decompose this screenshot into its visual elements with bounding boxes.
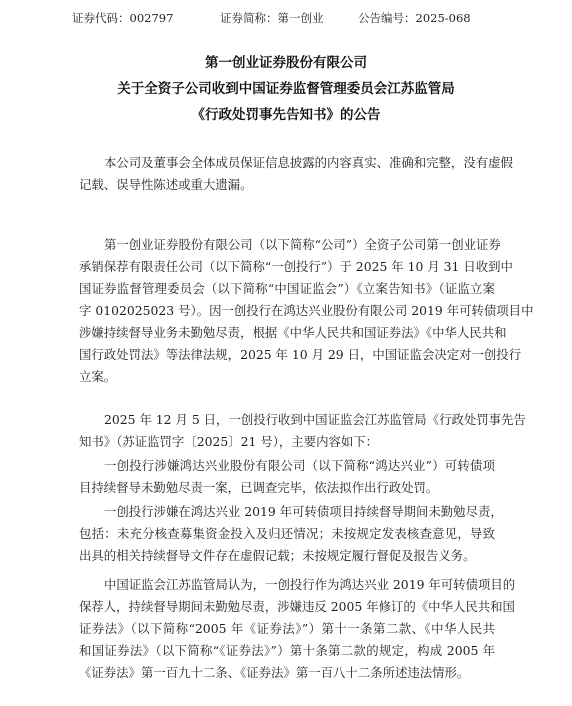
text-line: 中国证监会江苏监管局认为，一创投行作为鸿达兴业 2019 年可转债项目的 bbox=[79, 574, 495, 596]
text-line: 一创投行涉嫌鸿达兴业股份有限公司（以下简称“鸿达兴业”）可转债项 bbox=[79, 455, 495, 477]
paragraph-notice-received: 2025 年 12 月 5 日，一创投行收到中国证监会江苏监管局《行政处罚事先告… bbox=[79, 409, 495, 453]
security-abbreviation: 证券简称：第一创业 bbox=[220, 10, 324, 26]
document-title: 第一创业证券股份有限公司 关于全资子公司收到中国证券监督管理委员会江苏监管局 《… bbox=[0, 50, 572, 128]
text-line: 《证券法》第一百九十二条、《证券法》第一百八十二条所述违法情形。 bbox=[79, 662, 495, 684]
company-title: 第一创业证券股份有限公司 bbox=[0, 50, 572, 76]
accuracy-statement: 本公司及董事会全体成员保证信息披露的内容真实、准确和完整，没有虚假 记载、误导性… bbox=[79, 152, 495, 196]
title-line-3: 《行政处罚事先告知书》的公告 bbox=[0, 102, 572, 128]
title-line-2: 关于全资子公司收到中国证券监督管理委员会江苏监管局 bbox=[0, 76, 572, 102]
paragraph-regulator-finding: 中国证监会江苏监管局认为，一创投行作为鸿达兴业 2019 年可转债项目的 保荐人… bbox=[79, 574, 495, 684]
announcement-number: 公告编号：2025-068 bbox=[358, 10, 471, 26]
text-line: 一创投行涉嫌在鸿达兴业 2019 年可转债项目持续督导期间未勤勉尽责， bbox=[79, 501, 495, 523]
text-line: 涉嫌持续督导业务未勤勉尽责，根据《中华人民共和国证券法》《中华人民共和 bbox=[79, 322, 495, 344]
text-line: 2025 年 12 月 5 日，一创投行收到中国证监会江苏监管局《行政处罚事先告 bbox=[79, 409, 495, 431]
paragraph-investigation: 一创投行涉嫌鸿达兴业股份有限公司（以下简称“鸿达兴业”）可转债项 目持续督导未勤… bbox=[79, 455, 495, 499]
document-header: 证券代码：002797 证券简称：第一创业 公告编号：2025-068 bbox=[0, 10, 572, 26]
text-line: 字 0102025023 号）。因一创投行在鸿达兴业股份有限公司 2019 年可… bbox=[79, 300, 495, 322]
text-line: 国证券监督管理委员会（以下简称“中国证监会”）《立案告知书》（证监立案 bbox=[79, 278, 495, 300]
text-line: 目持续督导未勤勉尽责一案，已调查完毕，依法拟作出行政处罚。 bbox=[79, 477, 495, 499]
text-line: 记载、误导性陈述或重大遗漏。 bbox=[79, 174, 495, 196]
text-line: 立案。 bbox=[79, 366, 495, 388]
text-line: 第一创业证券股份有限公司（以下简称“公司”）全资子公司第一创业证券 bbox=[79, 234, 495, 256]
text-line: 知书》（苏证监罚字〔2025〕21 号），主要内容如下： bbox=[79, 431, 495, 453]
text-line: 承销保荐有限责任公司（以下简称“一创投行”）于 2025 年 10 月 31 日… bbox=[79, 256, 495, 278]
text-line: 包括：未充分核查募集资金投入及归还情况；未按规定发表核查意见，导致 bbox=[79, 523, 495, 545]
text-line: 和国证券法》（以下简称“《证券法》”）第十条第二款的规定，构成 2005 年 bbox=[79, 640, 495, 662]
text-line: 证券法》（以下简称“2005 年《证券法》”）第十一条第二款、《中华人民共 bbox=[79, 618, 495, 640]
security-code: 证券代码：002797 bbox=[72, 10, 173, 26]
paragraph-violations: 一创投行涉嫌在鸿达兴业 2019 年可转债项目持续督导期间未勤勉尽责， 包括：未… bbox=[79, 501, 495, 567]
text-line: 本公司及董事会全体成员保证信息披露的内容真实、准确和完整，没有虚假 bbox=[79, 152, 495, 174]
text-line: 国行政处罚法》等法律法规，2025 年 10 月 29 日，中国证监会决定对一创… bbox=[79, 344, 495, 366]
text-line: 出具的相关持续督导文件存在虚假记载；未按规定履行督促及报告义务。 bbox=[79, 545, 495, 567]
text-line: 保荐人，持续督导期间未勤勉尽责，涉嫌违反 2005 年修订的《中华人民共和国 bbox=[79, 596, 495, 618]
paragraph-case-filing: 第一创业证券股份有限公司（以下简称“公司”）全资子公司第一创业证券 承销保荐有限… bbox=[79, 234, 495, 388]
